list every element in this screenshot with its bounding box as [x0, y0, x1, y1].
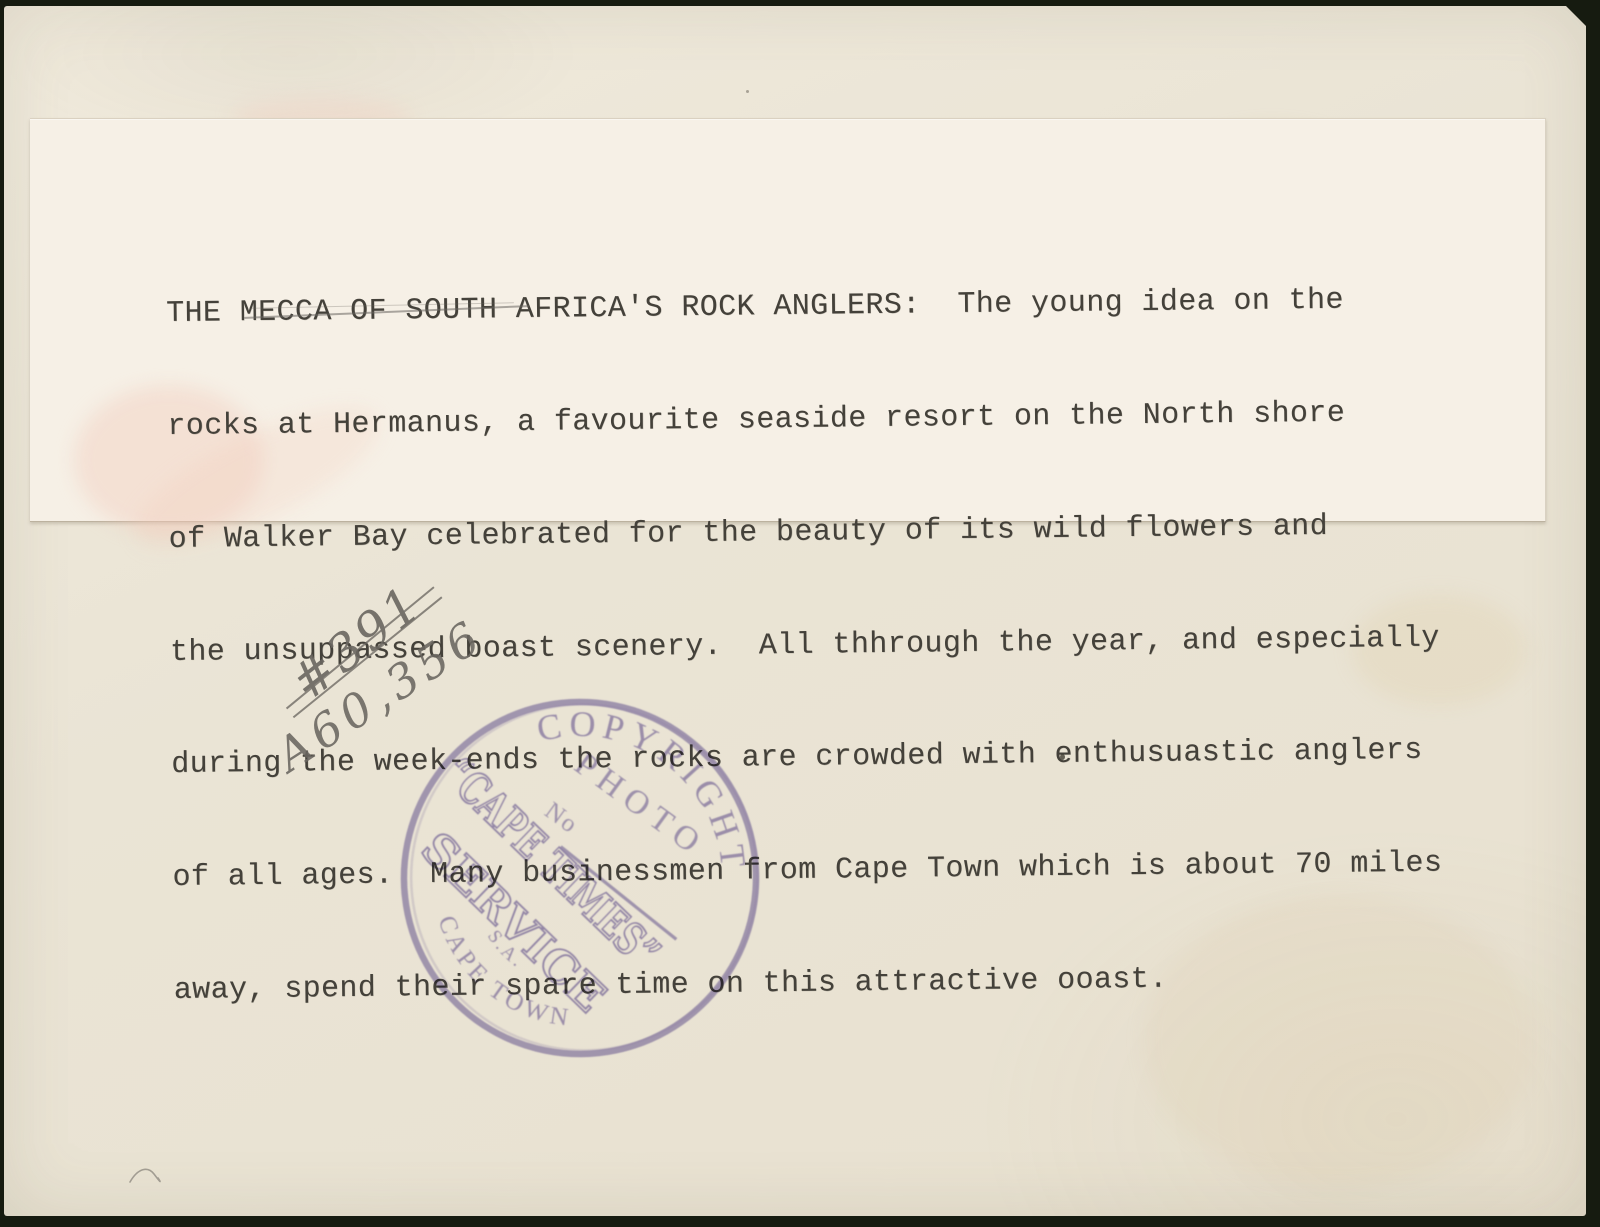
paper-speck — [1060, 754, 1065, 760]
caption-line: THE MECCA OF SOUTH AFRICA'S ROCK ANGLERS… — [166, 282, 1436, 334]
photo-back: THE MECCA OF SOUTH AFRICA'S ROCK ANGLERS… — [4, 6, 1586, 1216]
caption-line: rocks at Hermanus, a favourite seaside r… — [167, 395, 1437, 447]
corner-notch — [1565, 5, 1587, 27]
stamp-photo-text: PHOTO — [568, 745, 713, 865]
paper-speck — [746, 90, 749, 93]
caption-line: of Walker Bay celebrated for the beauty … — [169, 507, 1439, 559]
caption-slip: THE MECCA OF SOUTH AFRICA'S ROCK ANGLERS… — [30, 118, 1546, 522]
caption-line: during the week-ends the rocks are crowd… — [171, 733, 1441, 785]
pencil-squiggle — [126, 1164, 166, 1192]
